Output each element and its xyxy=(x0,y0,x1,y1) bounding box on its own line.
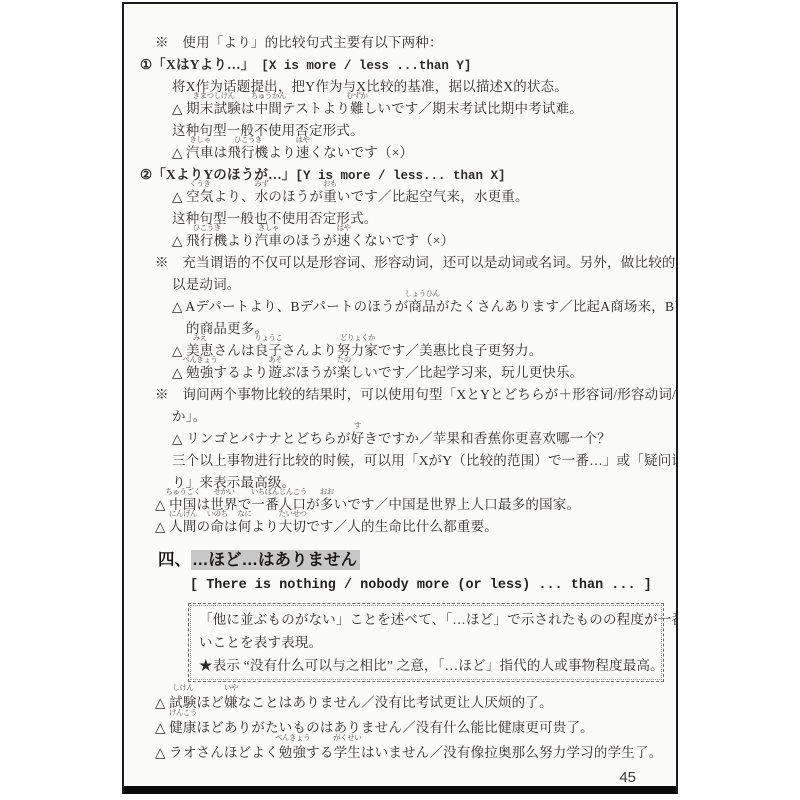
text-line: り」来表示最高级。 xyxy=(172,472,676,494)
text-segment: 以是动词。 xyxy=(172,277,241,292)
furigana: おも xyxy=(323,180,337,188)
furigana: あそ xyxy=(268,356,282,364)
text-line: △ 勉強べんきょうするより遊あそぶほうが楽たのしいです／比起学习来，玩儿更快乐。 xyxy=(172,362,676,384)
text-segment: より xyxy=(251,519,278,534)
text-line: △ 美恵みえさんは良子りょうこさんより努力家どりょくかです／美惠比良子更努力。 xyxy=(172,340,676,362)
kanji-with-furigana: 勉強べんきょう xyxy=(186,362,213,384)
text-line: △ 中国ちゅうごくは世界せかいで一番人口いちばんじんこうが多おおいです／中国是世… xyxy=(155,494,676,516)
section-number: 四、 xyxy=(158,551,191,569)
page-number: 45 xyxy=(140,769,676,786)
text-segment: ぶほうが xyxy=(282,365,337,380)
furigana: たいせつ xyxy=(279,510,307,518)
furigana: いのち xyxy=(207,510,228,518)
kanji-with-furigana: 健康けんこう xyxy=(169,715,196,740)
text-line: か」。 xyxy=(172,406,676,428)
furigana: きしゃ xyxy=(189,136,210,144)
kanji-with-furigana: 楽たの xyxy=(337,362,351,384)
text-segment: です／人的生命比什么都重要。 xyxy=(306,519,498,534)
text-segment: の xyxy=(197,519,211,534)
kanji-with-furigana: 速はや xyxy=(337,230,351,252)
text-line: △ Aデパートより、Bデパートのほうが商品しょうひんがたくさんあります／比起A商… xyxy=(172,296,676,318)
text-segment: より xyxy=(268,145,295,160)
furigana: どりょくか xyxy=(340,334,375,342)
text-line: 将X作为话题提出，把Y作为与X比较的基准，据以描述X的状态。 xyxy=(172,76,676,98)
text-segment: は xyxy=(214,145,228,160)
furigana: べんきょう xyxy=(182,356,217,364)
kanji-with-furigana: 重おも xyxy=(323,186,337,208)
text-segment: △ xyxy=(172,365,186,380)
text-segment: △ xyxy=(155,695,169,710)
kanji-with-furigana: 汽車きしゃ xyxy=(255,230,282,252)
text-line: △ ラオさんほどよく勉強べんきょうする学生がくせいはいません／没有像拉奥那么努力… xyxy=(155,740,676,765)
text-segment: △ xyxy=(172,101,186,116)
kanji-with-furigana: 期末試験きまつしけん xyxy=(186,98,241,120)
furigana: せかい xyxy=(213,488,234,496)
furigana: にんげん xyxy=(169,510,197,518)
text-segment: はいません／没有像拉奥那么努力学习的学生了。 xyxy=(361,745,662,760)
text-line: △ 空気くうきより、水みずのほうが重おもいです／比起空气来，水更重。 xyxy=(172,186,676,208)
text-segment: する xyxy=(306,745,333,760)
furigana: みえ xyxy=(193,334,207,342)
text-segment: さんは xyxy=(214,343,255,358)
text-line: 这种句型一般也不使用否定形式。 xyxy=(172,208,676,230)
text-segment: △ xyxy=(172,233,186,248)
furigana: いちばんじんこう xyxy=(251,488,307,496)
text-segment: ②「XよりYのほうが…」 xyxy=(140,167,296,182)
furigana: ちゅうごく xyxy=(165,488,200,496)
section-heading-english: [ There is nothing / nobody more (or les… xyxy=(190,575,676,597)
furigana: はや xyxy=(337,224,351,232)
kanji-with-furigana: 人間にんげん xyxy=(169,516,196,538)
text-segment: テストより xyxy=(282,101,350,116)
furigana: おお xyxy=(320,488,334,496)
furigana: たの xyxy=(337,356,351,364)
text-segment: のほうが xyxy=(282,233,337,248)
text-segment: が xyxy=(306,497,320,512)
text-segment: △ Aデパートより、Bデパートのほうが xyxy=(172,299,408,314)
kanji-with-furigana: 何なに xyxy=(238,516,252,538)
furigana: みず xyxy=(255,180,269,188)
kanji-with-furigana: 汽車きしゃ xyxy=(186,142,213,164)
text-segment: なことはありません／没有比考试更让人厌烦的了。 xyxy=(238,695,553,710)
kanji-with-furigana: 学生がくせい xyxy=(334,740,361,765)
grammar-section-yori: ※ 使用「より」的比较句式主要有以下两种：①「XはYより…」 [X is mor… xyxy=(140,32,676,538)
section-heading: 四、…ほど…はありません xyxy=(158,548,676,572)
furigana: す xyxy=(354,422,361,430)
text-segment: ほどありがたいものはありません／没有什么能比健康更可贵了。 xyxy=(197,720,594,735)
text-line: ※ 使用「より」的比较句式主要有以下两种： xyxy=(155,32,676,54)
text-segment: がたくさんあります／比起A商场来，B商场 xyxy=(436,299,678,314)
scanned-textbook-page: { "colors":{"paper":"#fbfbfa","ink":"#2e… xyxy=(0,0,800,800)
kanji-with-furigana: 難むずか xyxy=(350,98,364,120)
furigana: りょうこ xyxy=(254,334,282,342)
kanji-with-furigana: 中間ちゅうかん xyxy=(255,98,282,120)
text-line: ★表示 “没有什么可以与之相比” 之意，「…ほど」指代的人或事物程度最高。 xyxy=(199,654,653,677)
kanji-with-furigana: 好す xyxy=(351,428,365,450)
text-segment: [X is more / less ...than Y] xyxy=(261,59,471,73)
kanji-with-furigana: 飛行機ひこうき xyxy=(186,230,227,252)
furigana: べんきょう xyxy=(275,734,310,742)
text-segment: いことを表す表現。 xyxy=(199,635,322,650)
text-line: ②「XよりYのほうが…」[Y is more / less... than X] xyxy=(140,164,676,186)
text-line: △ リンゴとバナナとどちらが好すきですか／苹果和香蕉你更喜欢哪一个？ xyxy=(172,428,676,450)
text-segment: △ xyxy=(155,519,169,534)
furigana: ひこうき xyxy=(234,136,262,144)
page-content: ※ 使用「より」的比较句式主要有以下两种：①「XはYより…」 [X is mor… xyxy=(124,4,676,786)
text-segment: さんより xyxy=(282,343,337,358)
text-segment: ※ 询问两个事物比较的结果时，可以使用句型「XとYとどちらが＋形容词/形容动词/… xyxy=(155,387,678,402)
text-line: △ 試験しけんほど嫌いやなことはありません／没有比考试更让人厌烦的了。 xyxy=(155,690,676,715)
scan-bottom-edge xyxy=(124,786,676,794)
book-page: ※ 使用「より」的比较句式主要有以下两种：①「XはYより…」 [X is mor… xyxy=(122,2,678,794)
kanji-with-furigana: 大切たいせつ xyxy=(279,516,306,538)
text-line: △ 期末試験きまつしけんは中間ちゅうかんテストより難むずかしいです／期末考试比期… xyxy=(172,98,676,120)
text-segment: △ リンゴとバナナとどちらが xyxy=(172,431,351,446)
furigana: きまつしけん xyxy=(193,92,235,100)
text-segment: ①「XはYより…」 xyxy=(140,57,248,72)
text-segment: ※ 使用「より」的比较句式主要有以下两种： xyxy=(155,35,443,50)
text-line: △ 人間にんげんの命いのちは何なにより大切たいせつです／人的生命比什么都重要。 xyxy=(155,516,676,538)
kanji-with-furigana: 空気くうき xyxy=(186,186,213,208)
text-segment: しいです／比起学习来，玩儿更快乐。 xyxy=(351,365,584,380)
grammar-section-hodo-examples: △ 試験しけんほど嫌いやなことはありません／没有比考试更让人厌烦的了。△ 健康け… xyxy=(140,690,676,765)
furigana: いや xyxy=(224,684,238,692)
kanji-with-furigana: 嫌いや xyxy=(224,690,238,715)
kanji-with-furigana: 商品しょうひん xyxy=(408,296,435,318)
furigana: しけん xyxy=(172,684,193,692)
grammar-note-box: 「他に並ぶものがない」ことを述べて、「…ほど」で示されたものの程度が一番高いこと… xyxy=(188,603,664,682)
furigana: きしゃ xyxy=(258,224,279,232)
text-segment: △ ラオさんほどよく xyxy=(155,745,279,760)
text-segment: 三个以上事物进行比较的时候，可以用「XがY（比较的范围）で一番…」或「疑问词＋よ xyxy=(172,453,678,468)
kanji-with-furigana: 飛行機ひこうき xyxy=(227,142,268,164)
text-line: ※ 询问两个事物比较的结果时，可以使用句型「XとYとどちらが＋形容词/形容动词/… xyxy=(155,384,676,406)
text-segment: より xyxy=(227,233,254,248)
text-segment: は xyxy=(224,519,238,534)
text-line: いことを表す表現。 xyxy=(199,631,653,654)
text-line: △ 飛行機ひこうきより汽車きしゃのほうが速はやくないです（×） xyxy=(172,230,676,252)
text-segment: するより xyxy=(214,365,269,380)
kanji-with-furigana: 速はや xyxy=(296,142,310,164)
text-segment: △ xyxy=(155,720,169,735)
kanji-with-furigana: 勉強べんきょう xyxy=(279,740,306,765)
furigana: なに xyxy=(238,510,252,518)
text-line: △ 健康けんこうほどありがたいものはありません／没有什么能比健康更可贵了。 xyxy=(155,715,676,740)
text-line: ①「XはYより…」 [X is more / less ...than Y] xyxy=(140,54,676,76)
text-segment: です／美惠比良子更努力。 xyxy=(378,343,542,358)
text-segment: くないです（×） xyxy=(351,233,455,248)
furigana: けんこう xyxy=(169,709,197,717)
text-segment: より、 xyxy=(214,189,255,204)
text-segment: か」。 xyxy=(172,409,206,424)
furigana: むずか xyxy=(346,92,367,100)
kanji-with-furigana: 水みず xyxy=(255,186,269,208)
kanji-with-furigana: 命いのち xyxy=(210,516,224,538)
text-segment xyxy=(248,57,262,72)
text-line: 三个以上事物进行比较的时候，可以用「XがY（比较的范围）で一番…」或「疑问词＋よ xyxy=(172,450,676,472)
section-title-highlighted: …ほど…はありません xyxy=(191,550,360,570)
text-segment: しいです／期末考试比期中考试难。 xyxy=(364,101,583,116)
furigana: しょうひん xyxy=(405,290,440,298)
furigana: ひこうき xyxy=(193,224,221,232)
furigana: がくせい xyxy=(333,734,361,742)
furigana: ちゅうかん xyxy=(251,92,286,100)
text-line: ※ 充当谓语的不仅可以是形容词、形容动词，还可以是动词或名词。另外，做比较的两项… xyxy=(155,252,676,274)
furigana: はや xyxy=(296,136,310,144)
text-line: 「他に並ぶものがない」ことを述べて、「…ほど」で示されたものの程度が一番高 xyxy=(199,608,653,631)
text-segment: のほうが xyxy=(268,189,323,204)
text-segment: きですか／苹果和香蕉你更喜欢哪一个？ xyxy=(364,431,611,446)
text-segment: ※ 充当谓语的不仅可以是形容词、形容动词，还可以是动词或名词。另外，做比较的两项… xyxy=(155,255,678,270)
kanji-with-furigana: 多おお xyxy=(320,494,334,516)
text-segment: ほど xyxy=(197,695,224,710)
text-segment: △ xyxy=(172,189,186,204)
text-segment: ★表示 “没有什么可以与之相比” 之意，「…ほど」指代的人或事物程度最高。 xyxy=(199,658,664,673)
text-segment: △ xyxy=(172,145,186,160)
furigana: くうき xyxy=(189,180,210,188)
text-segment: は xyxy=(241,101,255,116)
text-segment: いです／比起空气来，水更重。 xyxy=(337,189,529,204)
text-segment: いです／中国是世界上人口最多的国家。 xyxy=(334,497,581,512)
text-line: △ 汽車きしゃは飛行機ひこうきより速はやくないです（×） xyxy=(172,142,676,164)
text-segment: △ xyxy=(155,497,169,512)
kanji-with-furigana: 遊あそ xyxy=(268,362,282,384)
text-segment: くないです（×） xyxy=(310,145,414,160)
text-segment: 「他に並ぶものがない」ことを述べて、「…ほど」で示されたものの程度が一番高 xyxy=(199,612,678,627)
